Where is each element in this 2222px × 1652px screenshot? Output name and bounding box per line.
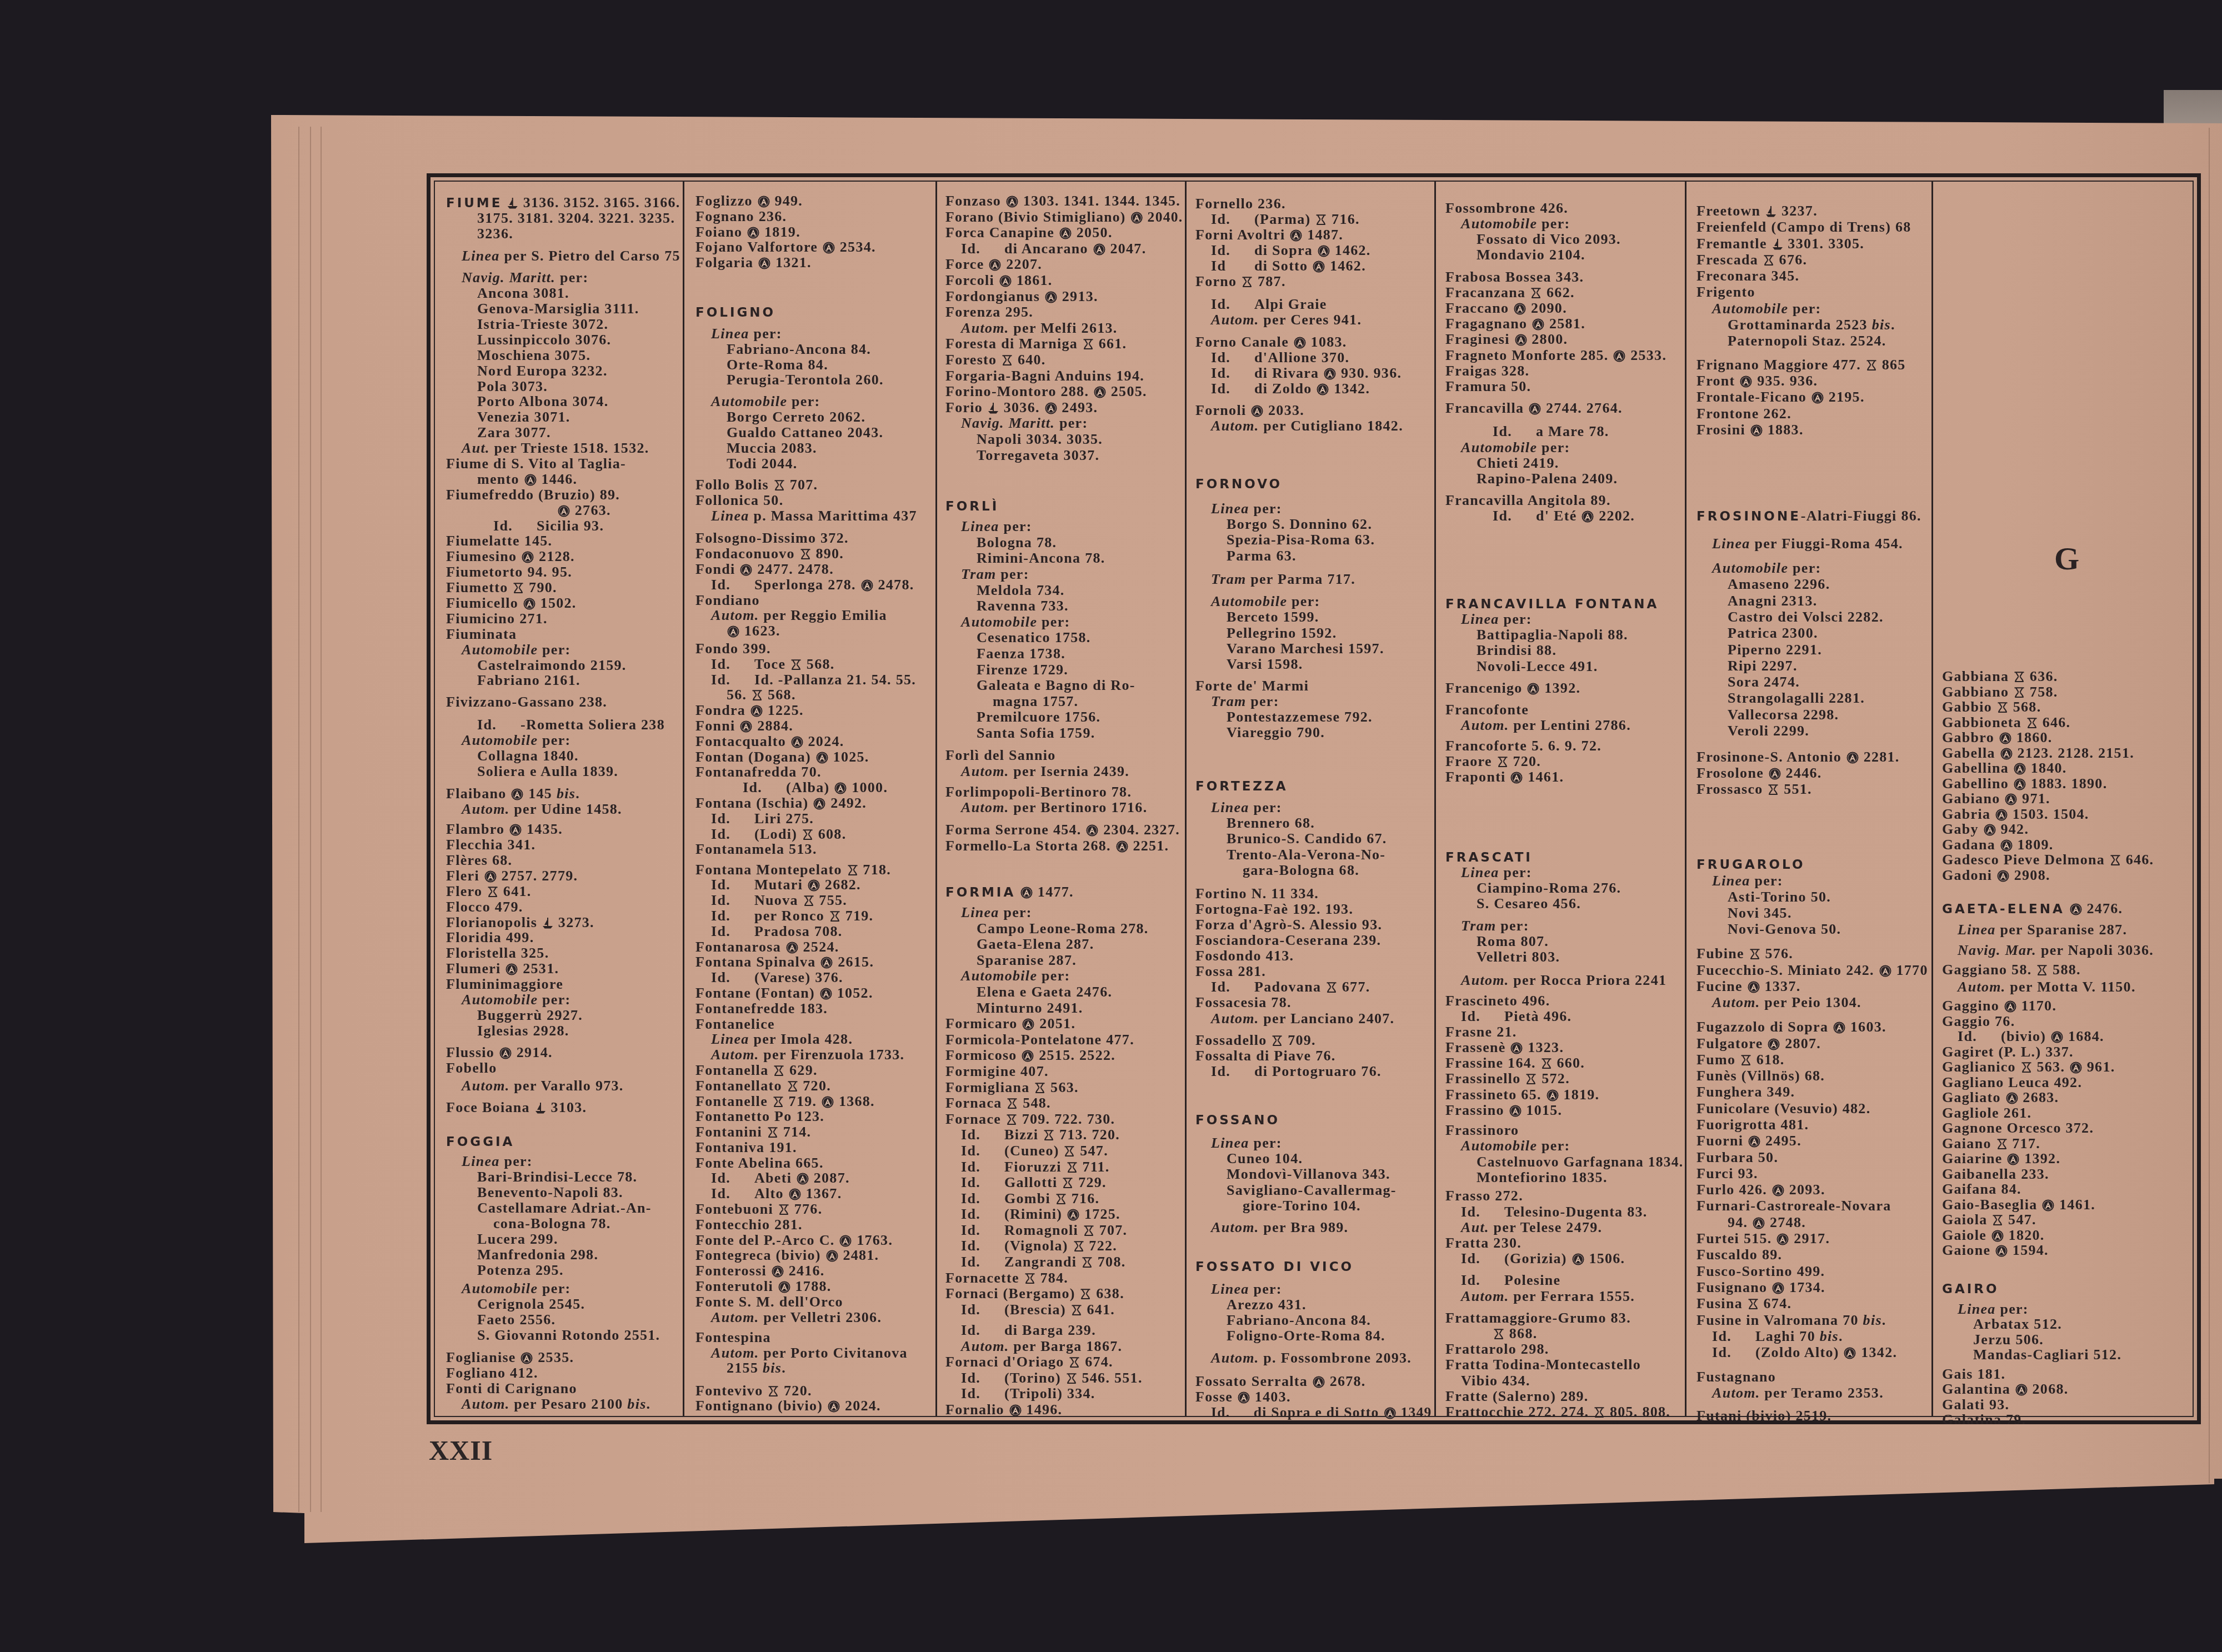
entry-text: Folgaria — [695, 254, 758, 271]
sub-entry: Viareggio 790. — [1195, 725, 1432, 740]
entry-text: Battipaglia-Napoli 88. — [1477, 627, 1628, 643]
entry-content: Francavilla 2744. 2764. — [1445, 401, 1623, 416]
index-entry: Fontane (Fontan) 1052. — [695, 985, 933, 1001]
section-heading: FOSSANO — [1195, 1112, 1432, 1128]
entry-content: FROSINONE-Alatri-Fiuggi 86. — [1696, 508, 1921, 525]
entry-text: Muccia 2083. — [727, 440, 817, 456]
sub-entry: Id.Abeti 2087. — [695, 1170, 933, 1186]
sub-entry: Santa Sofia 1759. — [945, 725, 1183, 742]
bus-icon — [2007, 1153, 2019, 1165]
entry-text: per Firenzuola 1733. — [759, 1047, 905, 1063]
index-entry: Fiumelatte 145. — [446, 533, 680, 549]
entry-content: Brunico-S. Candido 67. — [1227, 831, 1387, 847]
entry-text: 2683. — [2019, 1089, 2059, 1105]
entry-content: Id.-Rometta Soliera 238 — [477, 717, 665, 733]
entry-text: Frosolone — [1696, 765, 1768, 781]
entry-text: Forlimpopoli-Bertinoro 78. — [945, 784, 1132, 800]
tram-icon — [773, 1096, 784, 1108]
entry-text: 930. 936. — [1337, 365, 1402, 381]
entry-text: Gagnone Orcesco 372. — [1942, 1120, 2094, 1136]
entry-text: Frascineto 496. — [1445, 993, 1550, 1009]
index-column-7: GGabbiana 636.Gabbiano 758.Gabbio 568.Ga… — [1942, 194, 2191, 1428]
entry-content: Flères 68. — [446, 853, 512, 868]
bus-icon — [1750, 424, 1763, 436]
entry-text: per Ceres 941. — [1259, 312, 1362, 328]
entry-text: 784. — [1036, 1270, 1069, 1286]
entry-text: Venezia 3071. — [477, 409, 570, 425]
entry-content: Follo Bolis 707. — [695, 477, 818, 493]
index-entry: Fuscaldo 89. — [1696, 1246, 1930, 1263]
sub-entry: Id.Gombi 716. — [945, 1191, 1183, 1207]
italic-label: Linea — [711, 508, 749, 524]
entry-content: Forza d'Agrò-S. Alessio 93. — [1195, 917, 1382, 933]
entry-content: Patrica 2300. — [1728, 625, 1818, 641]
index-entry: Fontanafredda 70. — [695, 764, 933, 780]
entry-content: Automobile per: — [1712, 560, 1821, 576]
entry-text: Fusignano — [1696, 1279, 1771, 1295]
entry-content: Lucera 299. — [477, 1232, 558, 1247]
italic-label: bis — [557, 785, 575, 802]
entry-text: Fiumesino — [446, 548, 521, 564]
entry-content: Fontevivo 720. — [695, 1383, 812, 1399]
entry-content: Automobile per: — [462, 1281, 570, 1296]
sub-entry: Automobile per: — [1696, 301, 1930, 317]
bus-icon — [1510, 1042, 1523, 1054]
entry-content: Gagliano Leuca 492. — [1942, 1075, 2082, 1090]
entry-content: Linea per Imola 428. — [711, 1032, 853, 1047]
italic-label: Automobile — [1461, 1138, 1537, 1154]
entry-content: Foglianise 2535. — [446, 1350, 574, 1365]
entry-content: Fonzaso 1303. 1341. 1344. 1345. — [945, 193, 1180, 209]
entry-content: FRUGAROLO — [1696, 856, 1805, 873]
entry-content: Id.di Barga 239. — [961, 1323, 1096, 1339]
entry-content: S. Cesareo 456. — [1477, 896, 1581, 912]
tram-icon — [773, 1065, 784, 1077]
entry-text: Fugazzolo di Sopra — [1696, 1019, 1833, 1035]
tram-icon — [513, 582, 524, 594]
entry-content: Id.(Varese) 376. — [711, 970, 843, 985]
ditto-mark: Id. — [477, 717, 521, 733]
entry-text: 641. — [1083, 1301, 1115, 1318]
entry-text: Fornoli — [1195, 402, 1250, 418]
sub-entry: Montefiorino 1835. — [1445, 1170, 1683, 1185]
entry-text: Fragneto Monforte 285. — [1445, 347, 1613, 363]
bus-icon — [861, 579, 873, 591]
entry-text: Forno Canale — [1195, 334, 1293, 350]
entry-text: per: — [500, 1153, 533, 1169]
entry-text: 709. 722. 730. — [1018, 1111, 1115, 1127]
italic-label: Tram — [961, 566, 996, 582]
index-entry: Fucecchio-S. Miniato 242. 1770 — [1696, 962, 1930, 978]
bus-icon — [772, 1265, 784, 1277]
sub-entry: Id.(Vignola) 722. — [945, 1238, 1183, 1254]
sub-entry: Id.di Portogruaro 76. — [1195, 1064, 1432, 1079]
tram-icon — [752, 689, 763, 701]
sub-entry: Autom. per Lanciano 2407. — [1195, 1011, 1432, 1027]
entry-text: di Ancarano — [1004, 241, 1093, 257]
sub-entry: Grottaminarda 2523 bis. — [1696, 317, 1930, 333]
bus-icon — [1086, 824, 1098, 836]
index-entry: Fiumicello 1502. — [446, 595, 680, 611]
section-heading: GAIRO — [1942, 1281, 2191, 1296]
entry-content: Fornoli 2033. — [1195, 403, 1304, 418]
tram-icon — [1866, 359, 1877, 371]
entry-text: Gabbio — [1942, 699, 1996, 715]
entry-text: Gabria — [1942, 806, 1995, 822]
bus-icon — [786, 942, 798, 953]
entry-text: di Sopra e di Sotto — [1254, 1404, 1384, 1420]
entry-text: Flussio — [446, 1044, 499, 1060]
entry-text: Furnari-Castroreale-Novara — [1696, 1198, 1891, 1214]
entry-text: Fontana Spinalva — [695, 954, 820, 970]
entry-text: Fontane (Fontan) — [695, 985, 819, 1001]
tram-icon — [847, 864, 858, 876]
entry-text: Formello-La Storta 268. — [945, 838, 1115, 854]
entry-text: Forte de' Marmi — [1195, 678, 1309, 694]
index-entry: Gaglianico 563. 961. — [1942, 1059, 2191, 1075]
entry-content: Folsogno-Dissimo 372. — [695, 530, 849, 546]
index-entry: Funicolare (Vesuvio) 482. — [1696, 1100, 1930, 1117]
index-entry: Fossalta di Piave 76. — [1195, 1048, 1432, 1064]
entry-text: Frosini — [1696, 422, 1750, 438]
entry-text: per Rocca Priora 2241 — [1509, 972, 1667, 988]
entry-text: Fuorni — [1696, 1133, 1748, 1149]
entry-text: per Sparanise 287. — [1996, 922, 2128, 938]
entry-text: 2047. — [1106, 241, 1147, 257]
entry-text: 2024. — [804, 733, 844, 749]
sub-entry: Automobile per: — [446, 992, 680, 1008]
entry-text: per Ferrara 1555. — [1509, 1288, 1635, 1304]
italic-label: Automobile — [462, 992, 538, 1008]
entry-content: Bologna 78. — [977, 535, 1057, 551]
column-divider — [1434, 182, 1436, 1416]
sub-entry: Arbatax 512. — [1942, 1316, 2191, 1332]
index-entry: Flères 68. — [446, 853, 680, 868]
ditto-mark: Id. — [961, 1191, 1004, 1207]
entry-text: Mutari — [754, 877, 807, 893]
tram-icon — [774, 479, 785, 491]
entry-text: Moschiena 3075. — [477, 347, 590, 363]
entry-text: 719. — [784, 1093, 821, 1109]
sub-entry: Automobile per: — [1445, 216, 1683, 232]
index-entry: Gadana 1809. — [1942, 837, 2191, 853]
entry-text: p. Massa Marittima 437 — [749, 508, 917, 524]
index-entry: Fontanefredde 183. — [695, 1001, 933, 1017]
index-entry: Francavilla 2744. 2764. — [1445, 401, 1683, 416]
index-entry: Gagliato 2683. — [1942, 1090, 2191, 1105]
entry-content: Frasne 21. — [1445, 1024, 1517, 1040]
entry-content: Orte-Roma 84. — [727, 357, 828, 373]
entry-text: Fonzaso — [945, 193, 1005, 209]
entry-content: Fornaca 548. — [945, 1095, 1051, 1112]
entry-content: Id.(Rimini) 1725. — [961, 1207, 1120, 1223]
entry-text: 2195. — [1824, 389, 1865, 405]
index-entry: Frontone 262. — [1696, 406, 1930, 422]
entry-text: 640. — [1013, 352, 1046, 368]
entry-text: Funicolare (Vesuvio) 482. — [1696, 1100, 1870, 1117]
entry-content: giore-Torino 104. — [1243, 1198, 1361, 1214]
column-divider — [1931, 182, 1933, 1416]
sub-entry: Autom. per Ceres 941. — [1195, 312, 1432, 328]
underlying-pages — [2164, 90, 2222, 127]
entry-content: Gabria 1503. 1504. — [1942, 807, 2089, 822]
sub-entry: Jerzu 506. — [1942, 1332, 2191, 1348]
entry-content: Fontana (Ischia) 2492. — [695, 795, 867, 811]
bus-icon — [1846, 752, 1859, 763]
entry-text: Forca Canapine — [945, 224, 1059, 241]
bus-icon — [820, 988, 832, 999]
entry-text: 2478. — [874, 577, 914, 593]
entry-text: Gaiarine — [1942, 1150, 2006, 1167]
heading-text: FOSSANO — [1195, 1113, 1280, 1128]
bus-icon — [999, 275, 1012, 287]
sub-entry: Autom. per Bertinoro 1716. — [945, 800, 1183, 816]
ditto-mark: Id. — [961, 1323, 1004, 1339]
italic-label: Automobile — [462, 642, 538, 658]
ditto-mark: Id. — [961, 1207, 1004, 1223]
sub-entry: Id.a Mare 78. — [1445, 424, 1683, 439]
index-entry: Fiumesino 2128. — [446, 549, 680, 564]
sub-entry: Autom. per Barga 1867. — [945, 1339, 1183, 1355]
entry-content: Autom. per Bertinoro 1716. — [961, 800, 1147, 816]
tram-icon — [1080, 1288, 1091, 1300]
index-entry: Fontana Montepelato 718. — [695, 862, 933, 878]
entry-text: per: — [999, 518, 1032, 534]
index-entry: Fontanini 714. — [695, 1124, 933, 1140]
entry-text: per: — [787, 393, 820, 409]
entry-text: 2914. — [512, 1044, 553, 1060]
sub-entry: Autom. per Pesaro 2100 bis. — [446, 1396, 680, 1412]
sub-entry: Tram per: — [1195, 694, 1432, 709]
entry-text: Frattarolo 298. — [1445, 1341, 1549, 1357]
entry-content: Furbara 50. — [1696, 1149, 1778, 1165]
bus-icon — [808, 879, 820, 891]
entry-text: Gabbiano — [1942, 684, 2013, 700]
entry-text: Todi 2044. — [727, 455, 798, 472]
entry-text: Potenza 295. — [477, 1262, 564, 1278]
entry-content: Fortino N. 11 334. — [1195, 886, 1319, 902]
entry-text: 568. — [802, 656, 835, 672]
entry-text: di Sotto — [1254, 258, 1312, 274]
entry-text: Fraccano — [1445, 300, 1513, 316]
entry-text: 638. — [1092, 1285, 1124, 1301]
entry-text: . — [647, 1396, 651, 1412]
index-entry: Gaiola 547. — [1942, 1212, 2191, 1228]
entry-content: Forca Canapine 2050. — [945, 225, 1113, 241]
entry-text: Francavilla — [1445, 400, 1528, 416]
entry-content: Sora 2474. — [1728, 674, 1800, 690]
entry-text: Fiume di S. Vito al Taglia- — [446, 455, 626, 472]
entry-text: Polesine — [1504, 1272, 1560, 1288]
entry-text: Forenza 295. — [945, 304, 1033, 320]
section-heading: FOSSATO DI VICO — [1195, 1259, 1432, 1274]
ditto-mark: Id. — [1211, 1064, 1254, 1079]
entry-text: Fontespina — [695, 1329, 771, 1345]
entry-content: Autom. per Porto Civitanova — [711, 1345, 908, 1361]
entry-content: Fontebuoni 776. — [695, 1202, 822, 1217]
entry-content: gara-Bologna 68. — [1243, 863, 1359, 878]
entry-content: Frosinone-S. Antonio 2281. — [1696, 749, 1900, 765]
bus-icon — [2006, 1092, 2018, 1104]
entry-content: Paternopoli Staz. 2524. — [1728, 333, 1886, 349]
bus-icon — [823, 242, 835, 253]
index-entry: Fontegreca (bivio) 2481. — [695, 1248, 933, 1263]
entry-text: Frassino — [1445, 1102, 1509, 1118]
tram-icon — [778, 1204, 789, 1215]
sub-entry: Id.(bivio) 1684. — [1942, 1029, 2191, 1044]
entry-content: Furlo 426. 2093. — [1696, 1182, 1825, 1198]
entry-content: Tram per: — [1211, 694, 1279, 709]
bus-icon — [1833, 1022, 1845, 1033]
entry-text: Gagliano Leuca 492. — [1942, 1074, 2082, 1090]
italic-label: Navig. Maritt. — [462, 269, 555, 286]
sub-entry: Autom. per Lentini 2786. — [1445, 718, 1683, 733]
index-entry: Fraginesi 2800. — [1445, 332, 1683, 347]
index-entry: Fiumetto 790. — [446, 580, 680, 595]
entry-content: Fiume di S. Vito al Taglia- — [446, 456, 626, 472]
entry-text: Fondra — [695, 702, 750, 718]
entry-text: Gabbioneta — [1942, 714, 2026, 730]
index-entry: Fluminimaggiore — [446, 977, 680, 992]
bus-icon — [826, 1250, 838, 1261]
entry-text: Meldola 734. — [977, 582, 1065, 598]
entry-text: 2800. — [1528, 331, 1568, 347]
ship-icon — [542, 917, 553, 929]
italic-label: Autom. — [1461, 1288, 1509, 1304]
italic-label: Linea — [1958, 1301, 1996, 1317]
entry-content: Elena e Gaeta 2476. — [977, 984, 1112, 1000]
entry-text: 563. — [1046, 1079, 1079, 1095]
italic-label: Autom. — [1211, 1219, 1259, 1235]
bus-icon — [1740, 376, 1752, 387]
sub-entry: Castelraimondo 2159. — [446, 658, 680, 673]
entry-content: Brindisi 88. — [1477, 643, 1557, 658]
entry-content: Frigento — [1696, 284, 1755, 300]
entry-text: Fratte (Salerno) 289. — [1445, 1388, 1589, 1404]
sub-entry: Galeata e Bagno di Ro- — [945, 678, 1183, 694]
book-page: FIUME 3136. 3152. 3165. 3166.3175. 3181.… — [0, 0, 2222, 1652]
index-entry: Forza d'Agrò-S. Alessio 93. — [1195, 917, 1432, 933]
index-entry: Fossato Serralta 2678. — [1195, 1374, 1432, 1389]
index-column-5: Fossombrone 426.Automobile per:Fossato d… — [1445, 201, 1683, 1420]
entry-text: Nord Europa 3232. — [477, 363, 608, 379]
entry-content: Santa Sofia 1759. — [977, 725, 1095, 742]
italic-label: Automobile — [961, 614, 1037, 630]
index-entry: Gabbiana 636. — [1942, 669, 2191, 684]
index-entry: Forano (Bivio Stimigliano) 2040. — [945, 209, 1183, 226]
entry-text: Id. -Pallanza 21. 54. 55. — [754, 672, 916, 688]
italic-label: Autom. — [462, 1396, 510, 1412]
entry-content: Fojano Valfortore 2534. — [695, 239, 876, 255]
tram-icon — [1002, 354, 1013, 366]
entry-text: per Isernia 2439. — [1009, 763, 1129, 779]
ship-icon — [1765, 206, 1776, 217]
entry-text: 2744. 2764. — [1542, 400, 1623, 416]
sub-entry: Castelnuovo Garfagnana 1834. — [1445, 1154, 1683, 1170]
entry-text: per: — [1249, 1281, 1282, 1297]
entry-content: Fugazzolo di Sopra 1603. — [1696, 1019, 1886, 1035]
entry-text: Formicola-Pontelatone 477. — [945, 1032, 1134, 1048]
entry-text: 551. — [1779, 781, 1812, 797]
sub-entry: Id.Polesine — [1445, 1273, 1683, 1288]
entry-content: Fonte S. M. dell'Orco — [695, 1294, 843, 1310]
entry-content: Framura 50. — [1445, 379, 1531, 394]
sub-entry: Cerignola 2545. — [446, 1296, 680, 1312]
entry-text: Flero — [446, 883, 487, 899]
entry-text: 56. — [727, 687, 751, 703]
entry-content: Gagnone Orcesco 372. — [1942, 1120, 2094, 1136]
entry-text: 1446. — [537, 471, 578, 487]
entry-text: 2917. — [1789, 1230, 1830, 1246]
entry-text: per: — [1055, 415, 1088, 431]
index-entry: Fondi 2477. 2478. — [695, 562, 933, 577]
entry-text: 2531. — [518, 960, 559, 977]
sub-entry: 56. 568. — [695, 687, 933, 703]
entry-text: Strangolagalli 2281. — [1728, 690, 1865, 706]
entry-text: Liri 275. — [754, 810, 814, 827]
ditto-mark: Id. — [1211, 979, 1254, 995]
bus-icon — [1572, 1253, 1584, 1265]
sub-entry: Automobile per: — [695, 394, 933, 409]
ditto-mark: Id. — [1211, 212, 1254, 227]
entry-text: Ripi 2297. — [1728, 658, 1798, 674]
entry-text: Frabosa Bossea 343. — [1445, 269, 1584, 285]
entry-text: per: — [1496, 918, 1529, 934]
entry-text: Pola 3073. — [477, 378, 548, 394]
entry-content: Automobile per: — [711, 394, 820, 409]
sub-entry: Id.(Gorizia) 1506. — [1445, 1251, 1683, 1266]
entry-content: Savigliano-Cavallermag- — [1227, 1183, 1397, 1198]
sub-entry: Id.Alpi Graie — [1195, 297, 1432, 312]
entry-text: per: — [1996, 1301, 2029, 1317]
sub-entry: Mandas-Cagliari 512. — [1942, 1347, 2191, 1363]
entry-content: 3175. 3181. 3204. 3221. 3235. — [477, 211, 675, 226]
index-entry: Fondra 1225. — [695, 703, 933, 718]
entry-content: Forno 787. — [1195, 274, 1286, 289]
entry-text: Fontanarosa — [695, 939, 785, 955]
entry-text: Gualdo Cattaneo 2043. — [727, 424, 883, 440]
entry-text: Gais 181. — [1942, 1366, 2005, 1382]
entry-content: Buggerrù 2927. — [477, 1008, 583, 1023]
entry-text: 2481. — [839, 1247, 879, 1263]
sub-entry: Automobile per: — [945, 614, 1183, 630]
index-entry: Flaibano 145 bis. — [446, 786, 680, 802]
entry-content: Frosini 1883. — [1696, 422, 1804, 438]
bus-icon — [1045, 291, 1057, 303]
entry-text: Fiumetto — [446, 579, 512, 595]
entry-text: per: — [1750, 873, 1783, 889]
entry-text: Foglizzo — [695, 193, 757, 209]
entry-text: Galantina — [1942, 1381, 2015, 1397]
entry-text: Forma Serrone 454. — [945, 822, 1085, 838]
entry-content: Frattarolo 298. — [1445, 1341, 1549, 1357]
entry-content: Gabbio 568. — [1942, 699, 2041, 715]
entry-content: Automobile per: — [1712, 301, 1821, 317]
sub-entry: Id.di Ancarano 2047. — [945, 241, 1183, 257]
entry-text: Asti-Torino 50. — [1728, 889, 1831, 905]
italic-label: Autom. — [711, 607, 759, 623]
entry-content: Fondra 1225. — [695, 703, 804, 718]
entry-content: Id.(Gorizia) 1506. — [1461, 1251, 1625, 1266]
index-entry: Fraore 720. — [1445, 754, 1683, 769]
sub-entry: Fabriano 2161. — [446, 673, 680, 688]
entry-content: Frassineto 65. 1819. — [1445, 1087, 1599, 1103]
entry-text: 2087. — [809, 1170, 850, 1186]
entry-content: Borgo Cerreto 2062. — [727, 409, 865, 425]
entry-text: Arezzo 431. — [1227, 1296, 1307, 1313]
entry-text: Galeata e Bagno di Ro- — [977, 677, 1135, 693]
index-entry: Fracanzana 662. — [1445, 285, 1683, 301]
